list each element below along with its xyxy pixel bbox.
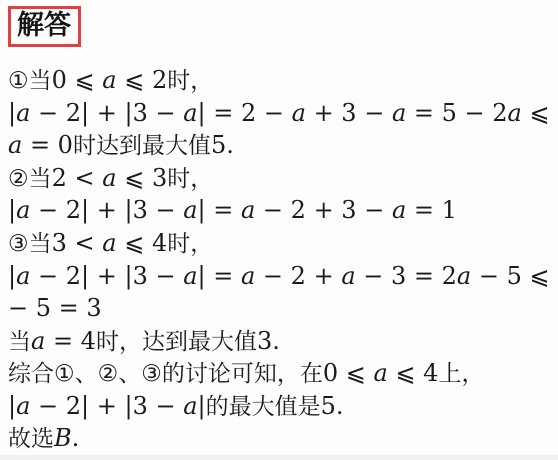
text-segment: 时， [167, 230, 213, 256]
math-segment: − 2| + |3 − [30, 262, 183, 290]
math-variable: a [508, 99, 522, 127]
math-segment: | [8, 196, 16, 224]
solution-line-7: |a − 2| + |3 − a| = a − 2 + a − 3 = 2a −… [8, 260, 558, 293]
math-segment: 3. [257, 327, 280, 355]
math-variable: a [292, 99, 306, 127]
math-segment: 2 < [52, 164, 103, 192]
math-variable: a [183, 392, 197, 420]
math-segment: − 2| + |3 − [30, 99, 183, 127]
math-segment: = 5 − 2 [406, 99, 507, 127]
text-segment: 时， [167, 165, 213, 191]
text-segment: 上， [438, 360, 484, 386]
solution-line-6: ③当3 < a ⩽ 4时， [8, 227, 558, 260]
text-segment: 当 [8, 328, 31, 354]
text-segment: ③当 [8, 230, 52, 256]
math-variable: a [31, 327, 45, 355]
math-variable: a [392, 196, 406, 224]
math-segment: . [72, 424, 80, 452]
solution-page: 解答 ①当0 ⩽ a ⩽ 2时，|a − 2| + |3 − a| = 2 − … [0, 0, 558, 460]
math-variable: a [341, 262, 355, 290]
solution-line-1: ①当0 ⩽ a ⩽ 2时， [8, 64, 558, 97]
text-segment: 故选 [8, 425, 54, 451]
math-segment: 0 ⩽ [52, 66, 103, 94]
math-segment: − 2 + 3 − [255, 196, 392, 224]
math-variable: a [392, 99, 406, 127]
solution-line-5: |a − 2| + |3 − a| = a − 2 + 3 − a = 1 [8, 194, 558, 227]
solution-line-8: − 5 = 3 [8, 292, 558, 325]
math-variable: a [16, 196, 30, 224]
math-variable: a [241, 262, 255, 290]
math-segment: ⩽ 5, [522, 99, 558, 127]
math-variable: a [102, 66, 116, 94]
math-segment: − 2 + [255, 262, 341, 290]
math-segment: | [8, 99, 16, 127]
math-variable: a [8, 131, 22, 159]
solution-line-4: ②当2 < a ⩽ 3时， [8, 162, 558, 195]
text-segment: 时， [167, 67, 213, 93]
math-segment: | = [198, 196, 241, 224]
math-variable: B [54, 424, 72, 452]
math-variable: a [241, 196, 255, 224]
math-segment: − 5 = 3 [8, 294, 102, 322]
text-segment: 时达到最大值 [73, 132, 211, 158]
math-variable: a [374, 359, 388, 387]
math-segment: | [8, 262, 16, 290]
solution-line-12: 故选B. [8, 422, 558, 455]
math-segment: 5. [211, 131, 234, 159]
text-segment: 的最大值是 [206, 393, 321, 419]
answer-header-box: 解答 [8, 6, 81, 47]
math-segment: ⩽ 4 [388, 359, 439, 387]
math-segment: = 4 [45, 327, 96, 355]
text-segment: 综合①、②、③的讨论可知，在 [8, 360, 323, 386]
bottom-edge-strip [0, 455, 558, 460]
solution-line-2: |a − 2| + |3 − a| = 2 − a + 3 − a = 5 − … [8, 97, 558, 130]
solution-lines: ①当0 ⩽ a ⩽ 2时，|a − 2| + |3 − a| = 2 − a +… [8, 64, 558, 455]
math-segment: | = 2 − [198, 99, 292, 127]
answer-header-label: 解答 [17, 10, 71, 40]
math-segment: = 1 [406, 196, 457, 224]
math-segment: | [198, 392, 206, 420]
math-variable: a [16, 392, 30, 420]
solution-line-9: 当a = 4时，达到最大值3. [8, 325, 558, 358]
math-segment: − 2| + |3 − [30, 196, 183, 224]
math-segment: 3 < [52, 229, 103, 257]
text-segment: 时，达到最大值 [96, 328, 257, 354]
math-segment: ⩽ 2 [117, 66, 168, 94]
math-variable: a [16, 99, 30, 127]
math-segment: = 0 [22, 131, 73, 159]
math-segment: + 3 − [306, 99, 392, 127]
math-segment: 5. [321, 392, 344, 420]
math-segment: | [8, 392, 16, 420]
text-segment: ①当 [8, 67, 52, 93]
math-variable: a [183, 196, 197, 224]
math-variable: a [102, 229, 116, 257]
math-segment: ⩽ 4 [117, 229, 168, 257]
solution-line-10: 综合①、②、③的讨论可知，在0 ⩽ a ⩽ 4上， [8, 357, 558, 390]
math-variable: a [16, 262, 30, 290]
math-segment: − 2| + |3 − [30, 392, 183, 420]
math-variable: a [457, 262, 471, 290]
text-segment: ②当 [8, 165, 52, 191]
math-segment: 0 ⩽ [323, 359, 374, 387]
solution-line-3: a = 0时达到最大值5. [8, 129, 558, 162]
solution-line-11: |a − 2| + |3 − a|的最大值是5. [8, 390, 558, 423]
math-segment: − 3 = 2 [356, 262, 457, 290]
math-segment: ⩽ 3 [117, 164, 168, 192]
math-variable: a [183, 262, 197, 290]
math-variable: a [183, 99, 197, 127]
math-segment: − 5 ⩽ 2 × 4 . [471, 262, 558, 290]
math-variable: a [102, 164, 116, 192]
math-segment: | = [198, 262, 241, 290]
